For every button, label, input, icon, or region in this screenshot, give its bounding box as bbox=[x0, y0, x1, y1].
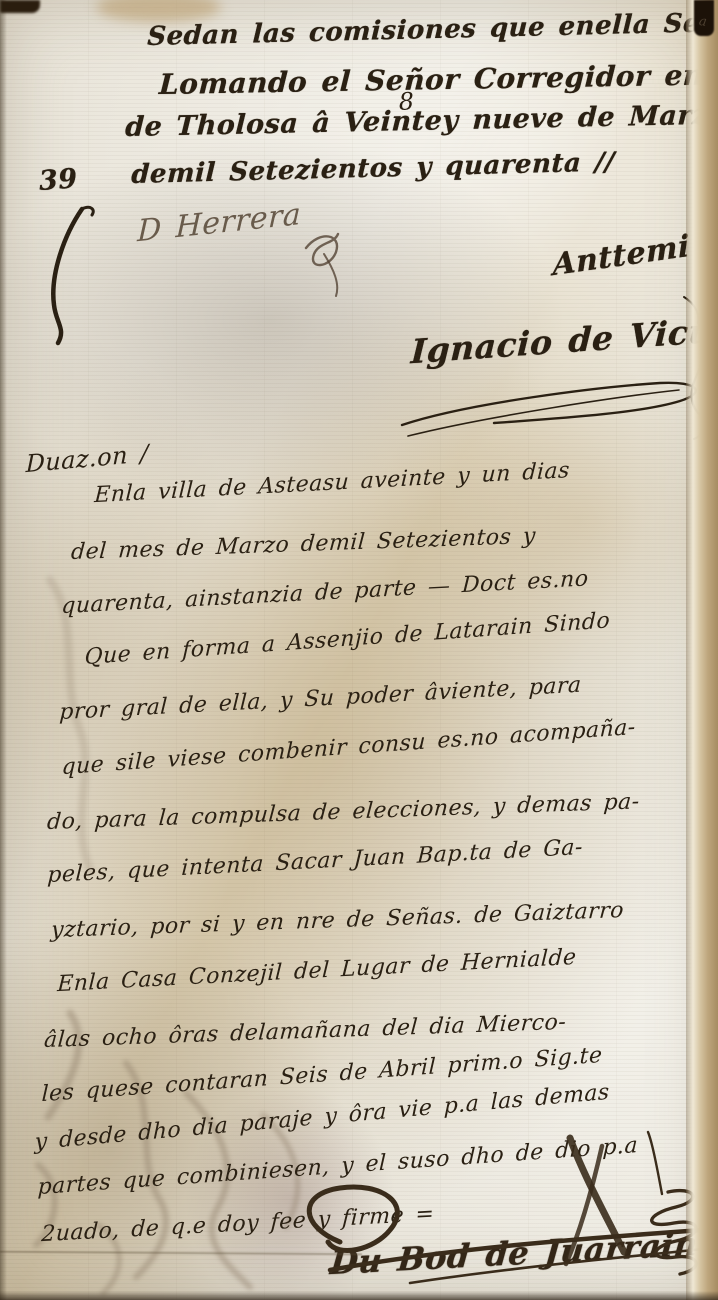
clerk-rubric-flourish bbox=[300, 218, 360, 298]
margin-stroke-flourish bbox=[42, 205, 102, 350]
corner-top-left-shadow bbox=[0, 0, 40, 13]
folio-number: 39 bbox=[38, 163, 79, 197]
ink-mark-8: 8 bbox=[398, 87, 415, 116]
body-line-5: pror gral de ella, y Su poder âviente, p… bbox=[59, 673, 583, 725]
top-edge-stain bbox=[96, 0, 221, 22]
clerk-signature: D Herrera bbox=[137, 197, 302, 250]
body-line-3: quarenta, ainstanzia de parte — Doct es.… bbox=[61, 566, 589, 619]
closing-rubric-flourish bbox=[270, 1130, 718, 1300]
manuscript-page: Sedan las comisiones que enella Se refie… bbox=[0, 0, 718, 1300]
header-line-3: de Tholosa â Veintey nueve de Marzo bbox=[124, 99, 718, 143]
body-line-1: Enla villa de Asteasu aveinte y un dias bbox=[94, 458, 571, 508]
attestation-text: Anttemi bbox=[552, 229, 690, 283]
body-line-7: do, para la compulsa de elecciones, y de… bbox=[46, 789, 640, 835]
page-edge-left bbox=[0, 0, 7, 1300]
body-line-2: del mes de Marzo demil Setezientos y bbox=[70, 524, 536, 565]
notary-rubric-flourish bbox=[398, 295, 718, 455]
page-edge-bottom bbox=[0, 1291, 718, 1300]
body-line-9: yztario, por si y en nre de Señas. de Ga… bbox=[50, 898, 625, 943]
margin-note: Duaz.on / bbox=[26, 439, 149, 478]
body-line-4: Que en forma a Assenjio de Latarain Sind… bbox=[84, 608, 610, 670]
header-line-4: demil Setezientos y quarenta // bbox=[131, 147, 616, 190]
page-edge-right bbox=[686, 0, 718, 1300]
header-line-1: Sedan las comisiones que enella Se refie… bbox=[147, 5, 718, 52]
header-line-2: Lomando el Señor Corregidor en laVilla bbox=[158, 56, 718, 101]
body-line-6: que sile viese combenir consu es.no acom… bbox=[61, 715, 636, 780]
